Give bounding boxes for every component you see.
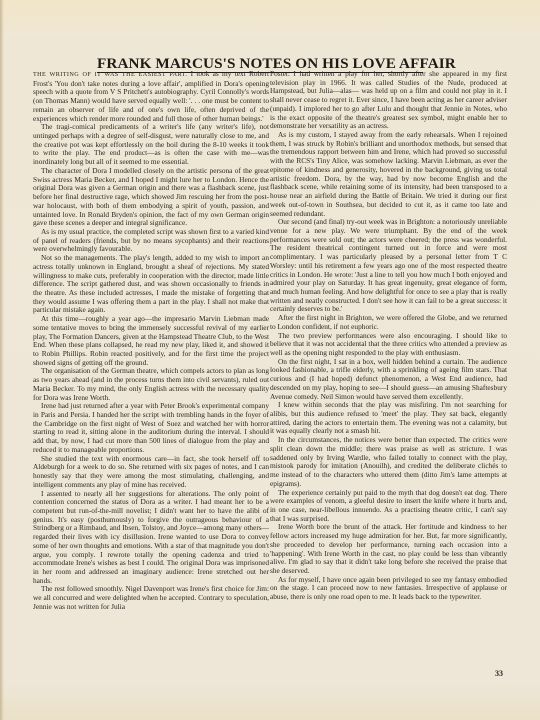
continuation-paragraph: Foster. I had written a play for her, sh… xyxy=(270,70,507,131)
first-paragraph: THE WRITING OF IT WAS THE EASIEST PART. … xyxy=(33,70,269,123)
paragraph: As is my usual practice, the completed s… xyxy=(33,228,269,254)
paragraph: The two preview performances were also e… xyxy=(270,332,507,358)
paragraph: The rest followed smoothly. Nigel Davenp… xyxy=(33,585,269,611)
paragraph: Irene Worth bore the brunt of the attack… xyxy=(270,523,507,575)
paragraph: Not so the managements. The play's lengt… xyxy=(33,254,269,315)
page-edge-shadow xyxy=(0,0,4,720)
paragraph: As is my custom, I stayed away from the … xyxy=(270,131,507,218)
paragraph: At this time—roughly a year ago—the impr… xyxy=(33,315,269,367)
left-column: THE WRITING OF IT WAS THE EASIEST PART. … xyxy=(33,70,269,612)
paragraph: I assented to nearly all her suggestions… xyxy=(33,490,269,586)
paragraph: She studied the text with enormous care—… xyxy=(33,455,269,490)
paragraph: The organisation of the German theatre, … xyxy=(33,367,269,402)
right-column: Foster. I had written a play for her, sh… xyxy=(270,70,507,602)
page-number: 33 xyxy=(495,669,503,678)
paragraph: The tragi-comical predicaments of a writ… xyxy=(33,123,269,167)
paragraph: The character of Dora I modelled closely… xyxy=(33,167,269,228)
paragraph: Our second (and final) try-out week was … xyxy=(270,218,507,314)
paragraph: As for myself, I have once again been pr… xyxy=(270,576,507,602)
lead-in: THE WRITING OF IT WAS THE EASIEST PART. xyxy=(33,71,187,78)
paragraph: After the first night in Brighton, we we… xyxy=(270,314,507,331)
paragraph: Irene had just returned after a year wit… xyxy=(33,402,269,454)
paragraph: The experience certainly put paid to the… xyxy=(270,489,507,524)
magazine-page: FRANK MARCUS'S NOTES ON HIS LOVE AFFAIR … xyxy=(0,0,540,720)
paragraph: I knew within seconds that the play was … xyxy=(270,401,507,436)
paragraph: On the first night, I sat in a box, well… xyxy=(270,358,507,402)
paragraph: In the circumstances, the notices were b… xyxy=(270,436,507,488)
